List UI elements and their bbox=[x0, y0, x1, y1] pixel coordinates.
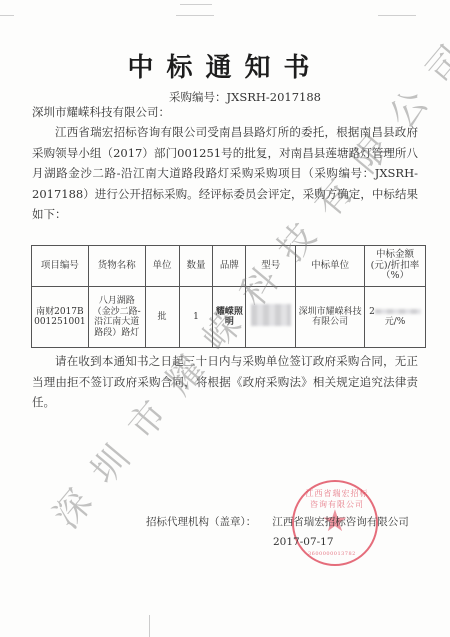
header-goods-name: 货物名称 bbox=[88, 246, 145, 287]
cell-model bbox=[246, 287, 296, 348]
scan-artifact bbox=[378, 15, 416, 16]
amount-suffix: 元/% bbox=[385, 317, 406, 327]
redacted-amount bbox=[375, 309, 421, 314]
header-model: 型号 bbox=[246, 246, 296, 287]
scan-artifact bbox=[176, 15, 214, 16]
redacted-model bbox=[251, 304, 291, 326]
procurement-number-label: 采购编号： bbox=[169, 90, 227, 104]
header-winner: 中标单位 bbox=[296, 246, 365, 287]
intro-paragraph: 江西省瑞宏招标咨询有限公司受南昌县路灯所的委托，根据南昌县政府采购领导小组（20… bbox=[32, 122, 418, 225]
cell-goods-name: 八月湖路（金沙二路-沿江南大道路段）路灯 bbox=[88, 287, 145, 348]
cell-winner: 深圳市耀嵘科技有限公司 bbox=[296, 287, 365, 348]
signature-line: 招标代理机构（盖章）：江西省瑞宏招标咨询有限公司 bbox=[146, 514, 409, 529]
scan-artifact bbox=[0, 15, 14, 16]
cell-unit: 批 bbox=[145, 287, 179, 348]
seal-code: 3600000013782 bbox=[308, 551, 356, 557]
procurement-number-value: JXSRH-2017188 bbox=[227, 90, 321, 104]
header-unit: 单位 bbox=[145, 246, 179, 287]
procurement-number: 采购编号：JXSRH-2017188 bbox=[0, 89, 450, 105]
document-title: 中标通知书 bbox=[0, 47, 450, 84]
header-amount: 中标金额(元)/折扣率（%） bbox=[364, 246, 425, 287]
signature-date: 2017-07-17 bbox=[273, 536, 334, 548]
signature-organization: 江西省瑞宏招标咨询有限公司 bbox=[272, 516, 409, 528]
addressee: 深圳市耀嵘科技有限公司： bbox=[32, 104, 170, 120]
closing-paragraph: 请在收到本通知书之日起三十日内与采购单位签订政府采购合同，无正当理由拒不签订政府… bbox=[32, 351, 418, 413]
cell-brand: 耀嵘照明 bbox=[213, 287, 246, 348]
scan-artifact bbox=[149, 615, 150, 637]
table-row: 南财2017B001251001 八月湖路（金沙二路-沿江南大道路段）路灯 批 … bbox=[32, 287, 426, 348]
award-result-table: 项目编号 货物名称 单位 数量 品牌 型号 中标单位 中标金额(元)/折扣率（%… bbox=[31, 245, 426, 348]
cell-project-no: 南财2017B001251001 bbox=[32, 287, 89, 348]
scan-artifact bbox=[180, 4, 212, 5]
header-project-no: 项目编号 bbox=[32, 246, 89, 287]
bid-award-notice-page: 中标通知书 采购编号：JXSRH-2017188 深圳市耀嵘科技有限公司： 江西… bbox=[0, 0, 450, 637]
signature-label: 招标代理机构（盖章）： bbox=[146, 516, 256, 528]
header-brand: 品牌 bbox=[213, 246, 246, 287]
cell-amount: 2 元/% bbox=[364, 287, 425, 348]
table-header-row: 项目编号 货物名称 单位 数量 品牌 型号 中标单位 中标金额(元)/折扣率（%… bbox=[32, 246, 426, 287]
cell-quantity: 1 bbox=[179, 287, 213, 348]
header-quantity: 数量 bbox=[179, 246, 213, 287]
